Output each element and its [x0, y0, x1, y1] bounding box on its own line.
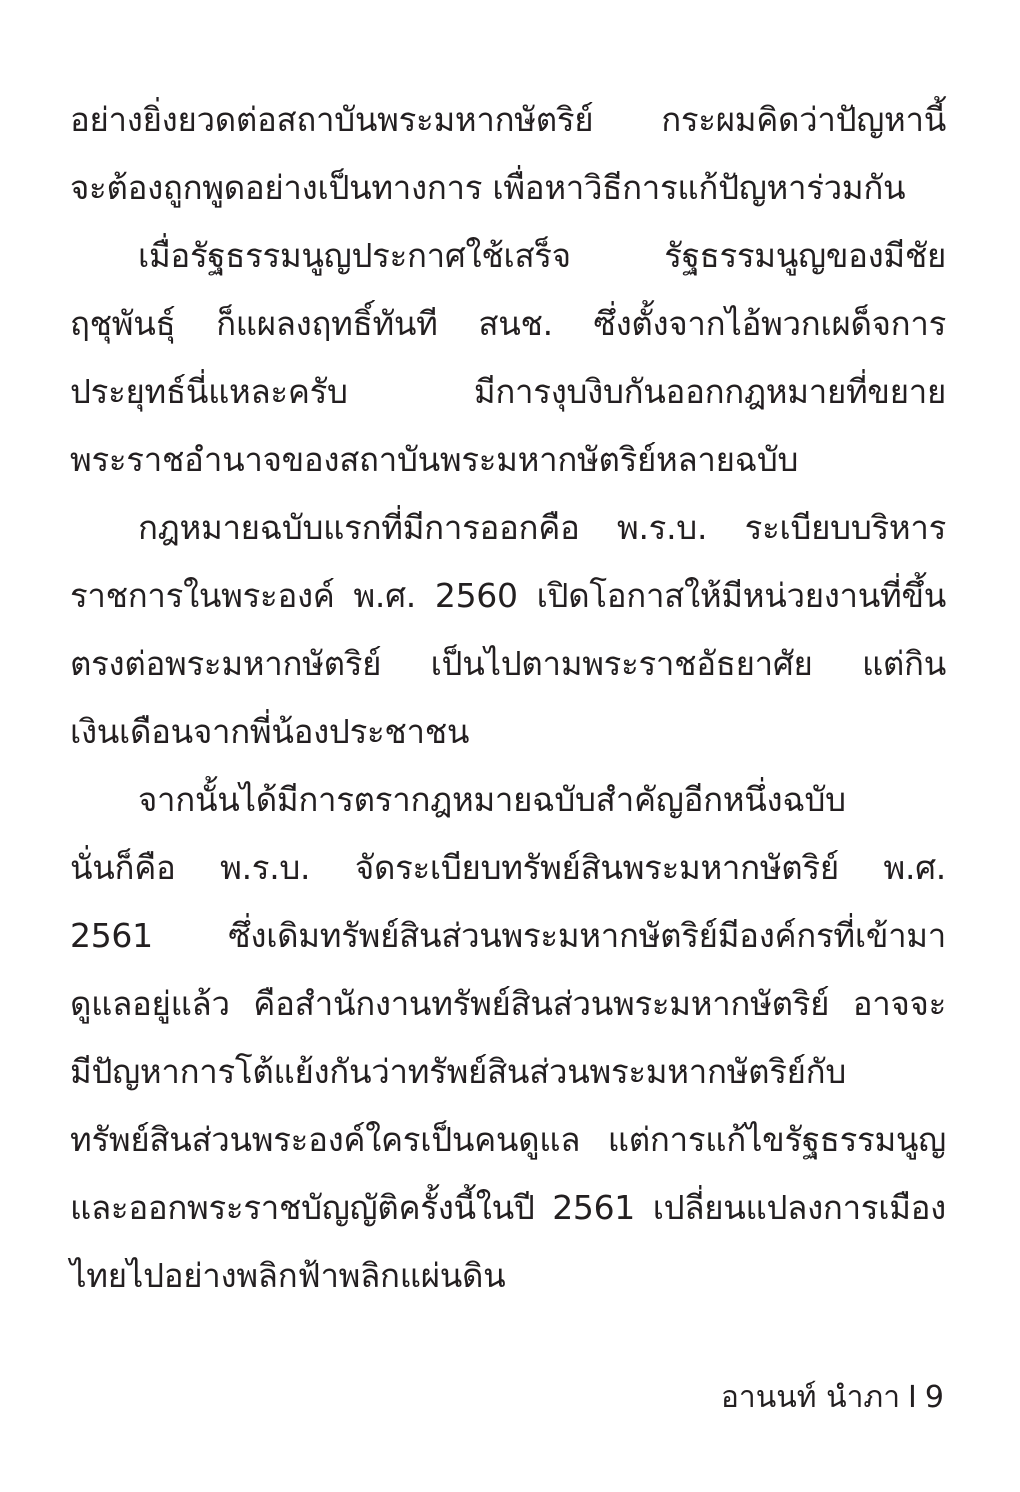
text-line: พระราชอำนาจของสถาบันพระมหากษัตริย์หลายฉบ…	[70, 432, 946, 500]
text-line: นั่นก็คือ พ.ร.บ. จัดระเบียบทรัพย์สินพระม…	[70, 840, 946, 908]
paragraph: จากนั้นได้มีการตรากฎหมายฉบับสำคัญอีกหนึ่…	[70, 772, 946, 1316]
paragraph: กฎหมายฉบับแรกที่มีการออกคือ พ.ร.บ. ระเบี…	[70, 500, 946, 772]
text-line: ฤชุพันธุ์ ก็แผลงฤทธิ์ทันที สนช. ซึ่งตั้ง…	[70, 296, 946, 364]
text-line: ประยุทธ์นี่แหละครับ มีการงุบงิบกันออกกฎห…	[70, 364, 946, 432]
text-line: และออกพระราชบัญญัติครั้งนี้ในปี 2561 เปล…	[70, 1180, 946, 1248]
text-line: จะต้องถูกพูดอย่างเป็นทางการ เพื่อหาวิธีก…	[70, 160, 946, 228]
text-line: จากนั้นได้มีการตรากฎหมายฉบับสำคัญอีกหนึ่…	[70, 772, 946, 840]
text-line: กฎหมายฉบับแรกที่มีการออกคือ พ.ร.บ. ระเบี…	[70, 500, 946, 568]
text-line: ไทยไปอย่างพลิกฟ้าพลิกแผ่นดิน	[70, 1248, 946, 1316]
text-line: 2561 ซึ่งเดิมทรัพย์สินส่วนพระมหากษัตริย์…	[70, 908, 946, 976]
page-footer: อานนท์ นำภาI9	[721, 1378, 944, 1418]
text-line: ดูแลอยู่แล้ว คือสำนักงานทรัพย์สินส่วนพระ…	[70, 976, 946, 1044]
text-line: เงินเดือนจากพี่น้องประชาชน	[70, 704, 946, 772]
text-line: อย่างยิ่งยวดต่อสถาบันพระมหากษัตริย์ กระผ…	[70, 92, 946, 160]
text-line: ราชการในพระองค์ พ.ศ. 2560 เปิดโอกาสให้มี…	[70, 568, 946, 636]
running-footer-author: อานนท์ นำภา	[721, 1380, 900, 1415]
text-line: เมื่อรัฐธรรมนูญประกาศใช้เสร็จ รัฐธรรมนูญ…	[70, 228, 946, 296]
text-line: มีปัญหาการโต้แย้งกันว่าทรัพย์สินส่วนพระม…	[70, 1044, 946, 1112]
text-line: ตรงต่อพระมหากษัตริย์ เป็นไปตามพระราชอัธย…	[70, 636, 946, 704]
text-line: ทรัพย์สินส่วนพระองค์ใครเป็นคนดูแล แต่การ…	[70, 1112, 946, 1180]
paragraph: อย่างยิ่งยวดต่อสถาบันพระมหากษัตริย์ กระผ…	[70, 92, 946, 228]
page-body: อย่างยิ่งยวดต่อสถาบันพระมหากษัตริย์ กระผ…	[70, 92, 946, 1316]
page-number: 9	[925, 1380, 944, 1415]
footer-separator: I	[908, 1380, 917, 1415]
paragraph: เมื่อรัฐธรรมนูญประกาศใช้เสร็จ รัฐธรรมนูญ…	[70, 228, 946, 500]
